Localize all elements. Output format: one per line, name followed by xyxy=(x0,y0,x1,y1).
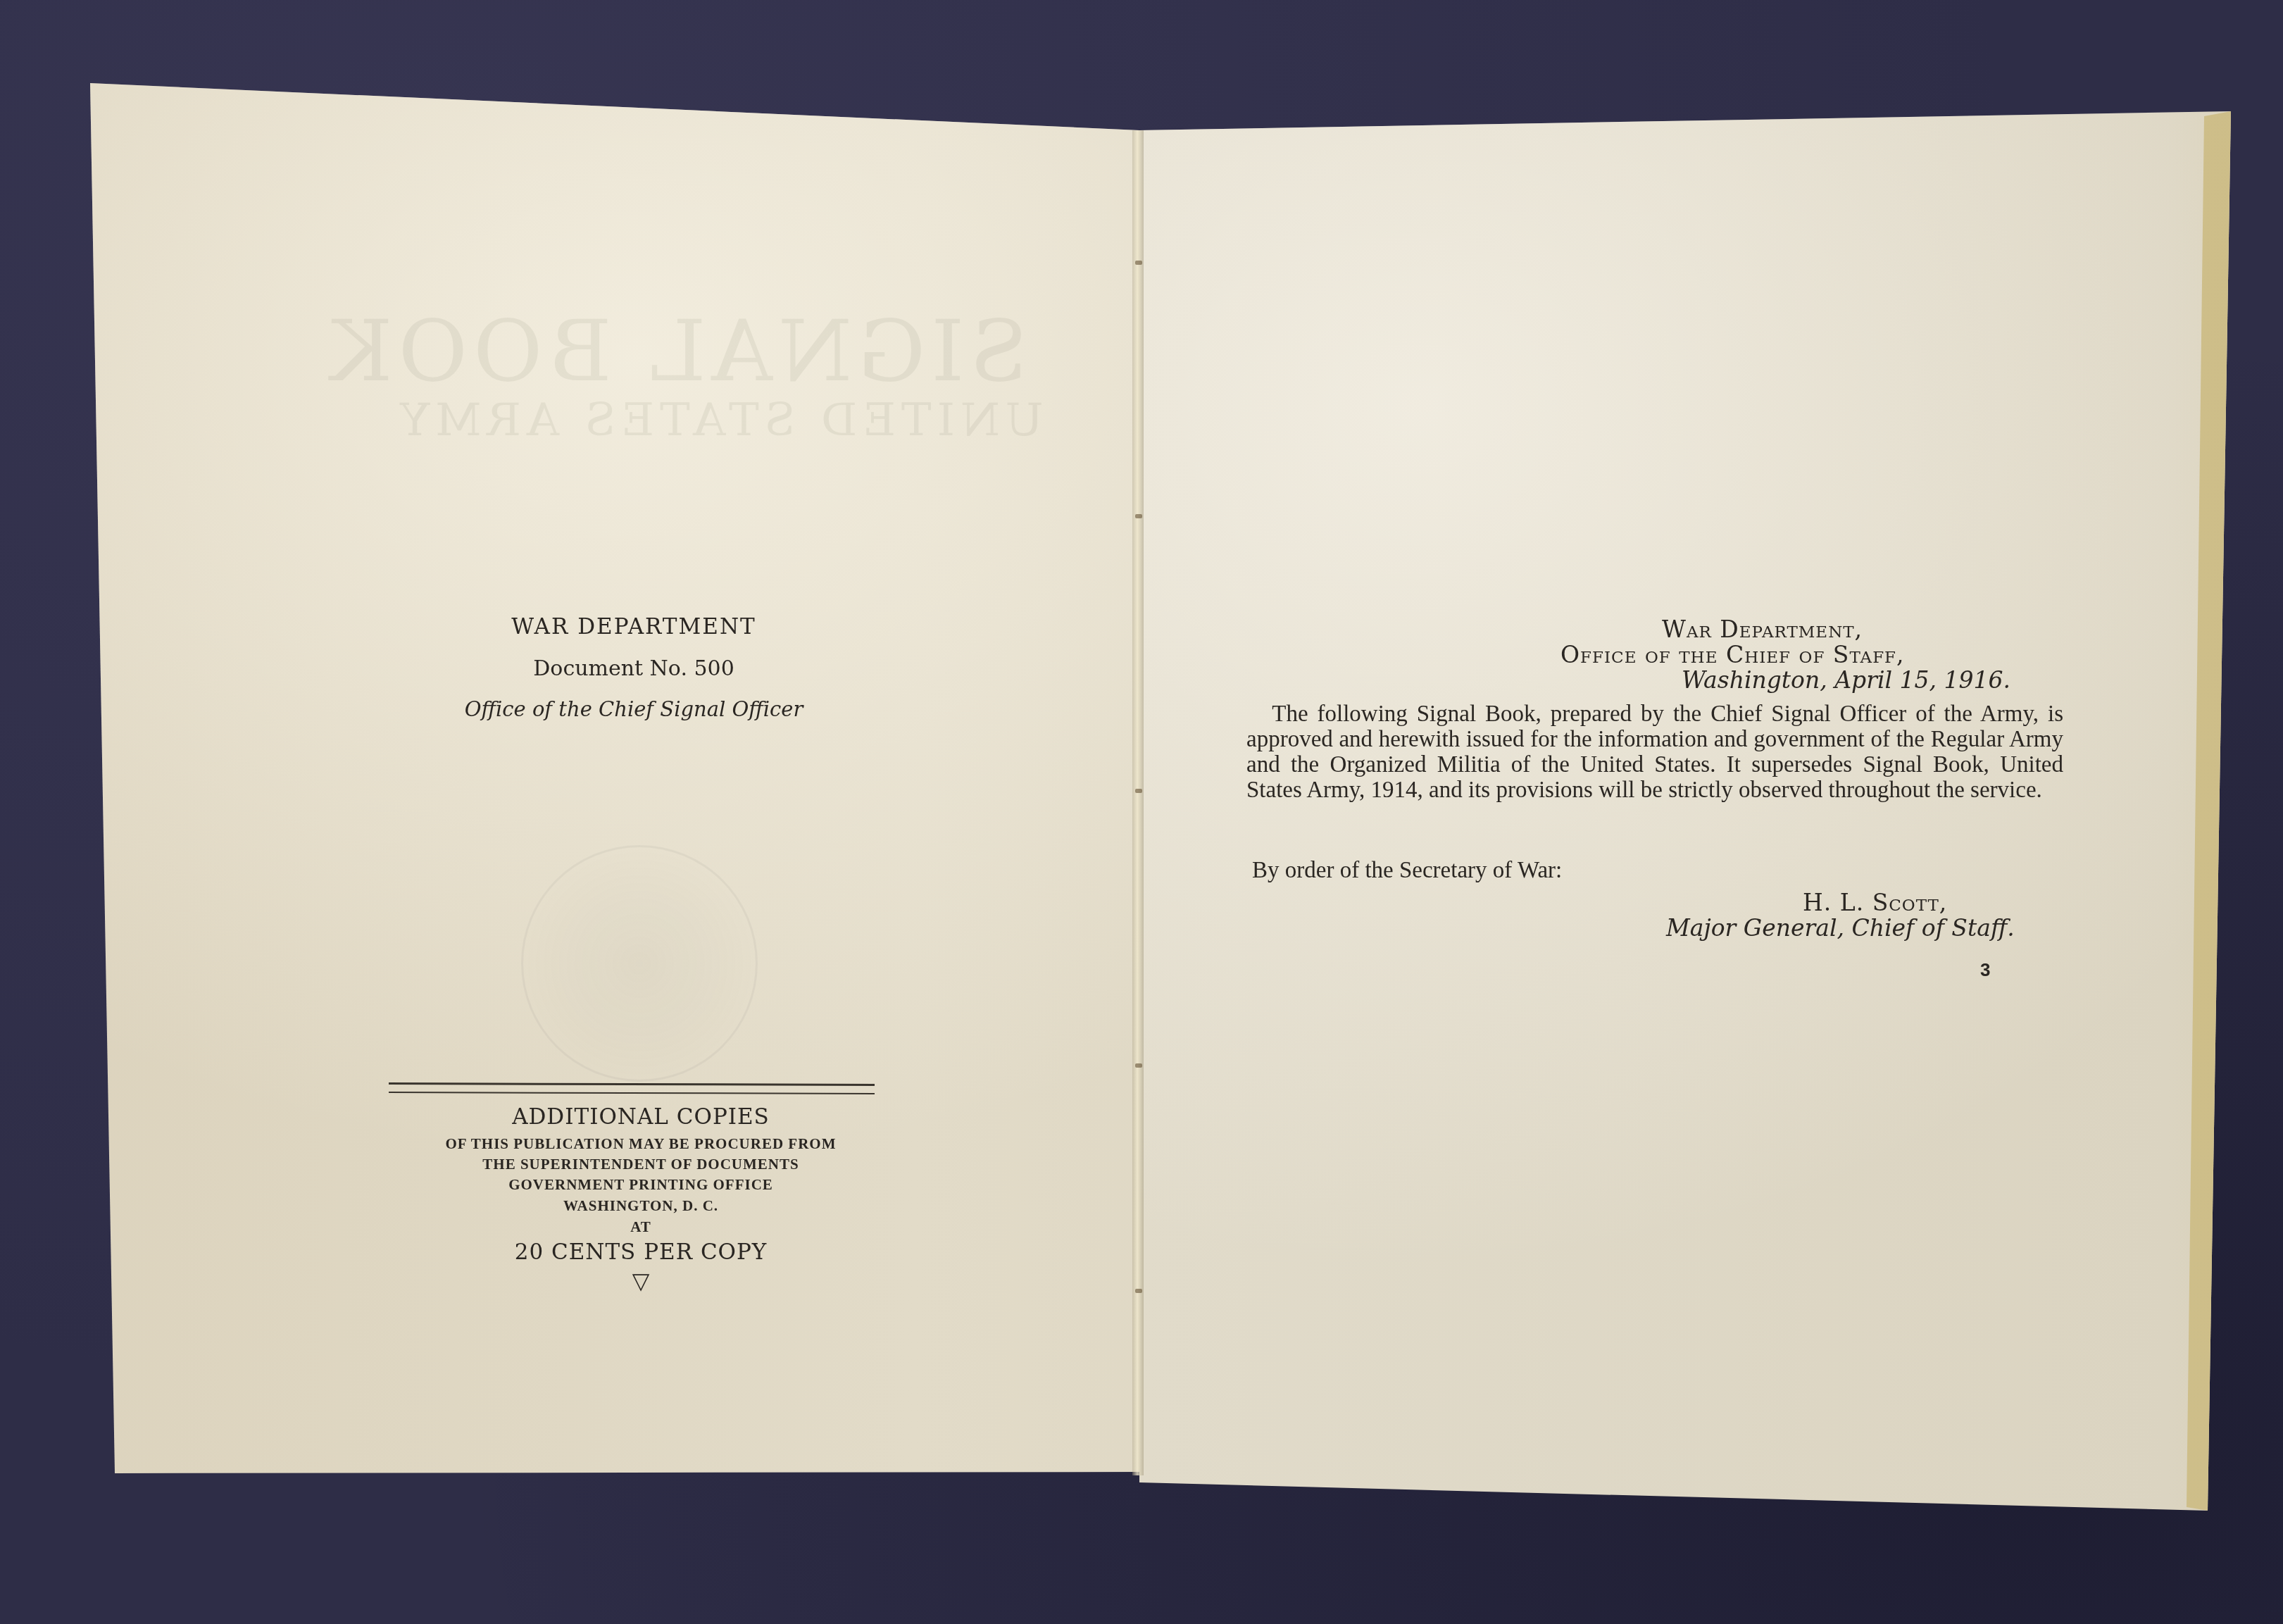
order-place-date: Washington, April 15, 1916. xyxy=(1682,668,2010,693)
binding-stitch xyxy=(1135,1289,1142,1293)
additional-copies-line: WASHINGTON, D. C. xyxy=(366,1197,915,1215)
book-spine xyxy=(1132,130,1144,1475)
issuing-office: Office of the Chief Signal Officer xyxy=(423,697,845,721)
binding-stitch xyxy=(1135,514,1142,518)
order-department: War Department, xyxy=(1662,617,1863,642)
bleed-through-title: SIGNAL BOOK xyxy=(324,303,1028,401)
triangle-printer-mark-icon: ▽ xyxy=(366,1268,915,1294)
order-authority-line: By order of the Secretary of War: xyxy=(1252,858,1562,883)
page-number: 3 xyxy=(1980,959,1990,981)
binding-stitch xyxy=(1135,789,1142,793)
additional-copies-line: THE SUPERINTENDENT OF DOCUMENTS xyxy=(366,1156,915,1173)
document-number: Document No. 500 xyxy=(423,656,845,681)
binding-stitch xyxy=(1135,261,1142,265)
signer-title: Major General, Chief of Staff. xyxy=(1666,916,2015,941)
additional-copies-heading: ADDITIONAL COPIES xyxy=(366,1104,915,1130)
order-body: The following Signal Book, prepared by t… xyxy=(1246,701,2063,803)
price-line: 20 CENTS PER COPY xyxy=(366,1239,915,1265)
department-heading: WAR DEPARTMENT xyxy=(423,614,845,639)
double-rule-divider xyxy=(389,1082,875,1094)
signer-name: H. L. Scott, xyxy=(1803,890,1947,916)
binding-stitch xyxy=(1135,1063,1142,1068)
additional-copies-line: AT xyxy=(366,1218,915,1236)
additional-copies-line: GOVERNMENT PRINTING OFFICE xyxy=(366,1176,915,1194)
order-paragraph: The following Signal Book, prepared by t… xyxy=(1246,701,2063,803)
additional-copies-line: OF THIS PUBLICATION MAY BE PROCURED FROM xyxy=(366,1135,915,1153)
seal-bleed-through-icon xyxy=(521,845,758,1082)
order-office: Office of the Chief of Staff, xyxy=(1560,642,1905,668)
bleed-through-subtitle: UNITED STATES ARMY xyxy=(394,394,1044,446)
